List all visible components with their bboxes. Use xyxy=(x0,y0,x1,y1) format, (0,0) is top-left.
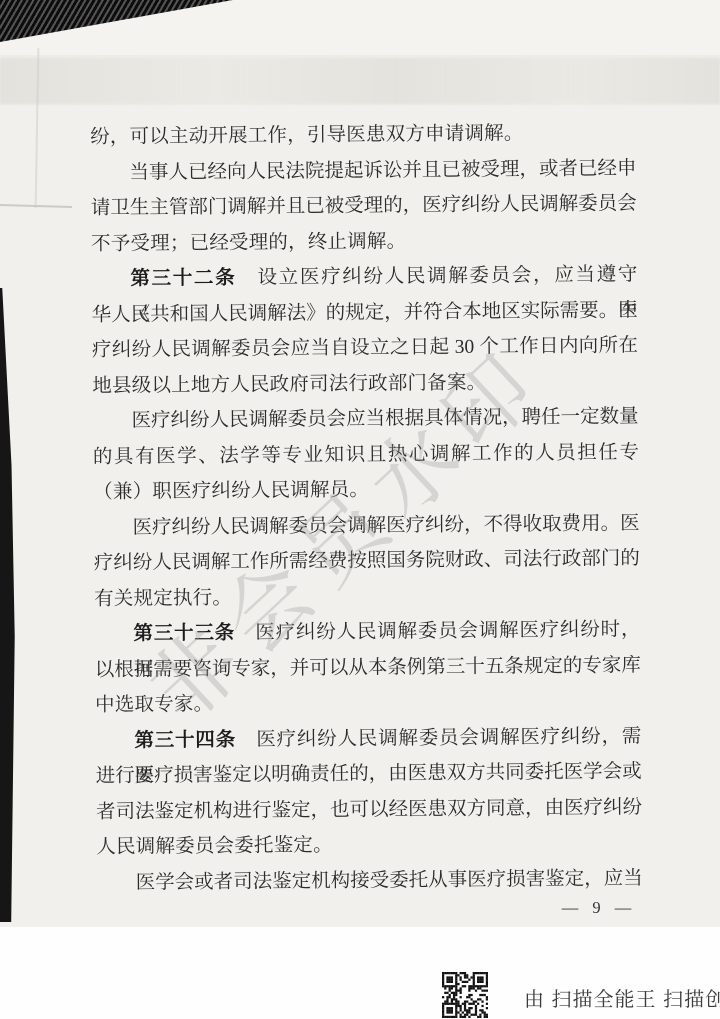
text-line: 疗纠纷人民调解工作所需经费按照国务院财政、司法行政部门的 xyxy=(94,541,640,581)
scan-corner-artifact xyxy=(0,0,240,42)
page-number: — 9 — xyxy=(544,898,654,918)
scanner-credit-text: 由 扫描全能王 扫描创建 xyxy=(524,983,720,1012)
scan-streak-artifact xyxy=(0,58,720,104)
text-line: 医疗纠纷人民调解委员会调解医疗纠纷，不得收取费用。医 xyxy=(93,506,639,546)
camscanner-footer: 由 扫描全能王 扫描创建 xyxy=(0,927,720,1019)
scanned-document-page: 纷，可以主动开展工作，引导医患双方申请调解。当事人已经向人民法院提起诉讼并且已被… xyxy=(0,0,720,1019)
text-line: 人民调解委员会委托鉴定。 xyxy=(96,825,642,865)
text-line: 的具有医学、法学等专业知识且热心调解工作的人员担任专 xyxy=(93,435,639,475)
text-line: 以根据需要咨询专家，并可以从本条例第三十五条规定的专家库 xyxy=(95,648,641,688)
text-line: 地县级以上地方人民政府司法行政部门备案。 xyxy=(92,364,638,404)
text-line: 第三十二条 设立医疗纠纷人民调解委员会，应当遵守《中 xyxy=(91,257,637,297)
text-line: （兼）职医疗纠纷人民调解员。 xyxy=(93,470,639,510)
text-line: 医学会或者司法鉴定机构接受委托从事医疗损害鉴定，应当 xyxy=(97,861,643,901)
text-line: 请卫生主管部门调解并且已被受理的，医疗纠纷人民调解委员会 xyxy=(91,186,637,226)
text-line: 纷，可以主动开展工作，引导医患双方申请调解。 xyxy=(90,115,636,155)
text-line: 医疗纠纷人民调解委员会应当根据具体情况，聘任一定数量 xyxy=(92,399,638,439)
text-line: 有关规定执行。 xyxy=(94,577,640,617)
text-line: 不予受理；已经受理的，终止调解。 xyxy=(91,222,637,262)
text-line: 第三十三条 医疗纠纷人民调解委员会调解医疗纠纷时，可 xyxy=(94,612,640,652)
document-body: 纷，可以主动开展工作，引导医患双方申请调解。当事人已经向人民法院提起诉讼并且已被… xyxy=(90,115,643,901)
article-number: 第三十二条 xyxy=(130,268,236,290)
article-number: 第三十四条 xyxy=(134,729,236,751)
text-line: 疗纠纷人民调解委员会应当自设立之日起 30 个工作日内向所在 xyxy=(92,328,638,368)
text-line: 第三十四条 医疗纠纷人民调解委员会调解医疗纠纷，需要 xyxy=(95,719,641,759)
article-number: 第三十三条 xyxy=(133,623,235,645)
qr-code-icon xyxy=(442,972,488,1018)
scan-edge-shadow xyxy=(0,288,16,922)
text-line: 者司法鉴定机构进行鉴定，也可以经医患双方同意，由医疗纠纷 xyxy=(96,790,642,830)
text-line: 当事人已经向人民法院提起诉讼并且已被受理，或者已经申 xyxy=(90,151,636,191)
text-line: 中选取专家。 xyxy=(95,683,641,723)
text-line: 华人民共和国人民调解法》的规定，并符合本地区实际需要。医 xyxy=(92,293,638,333)
text-line: 进行医疗损害鉴定以明确责任的，由医患双方共同委托医学会或 xyxy=(96,754,642,794)
